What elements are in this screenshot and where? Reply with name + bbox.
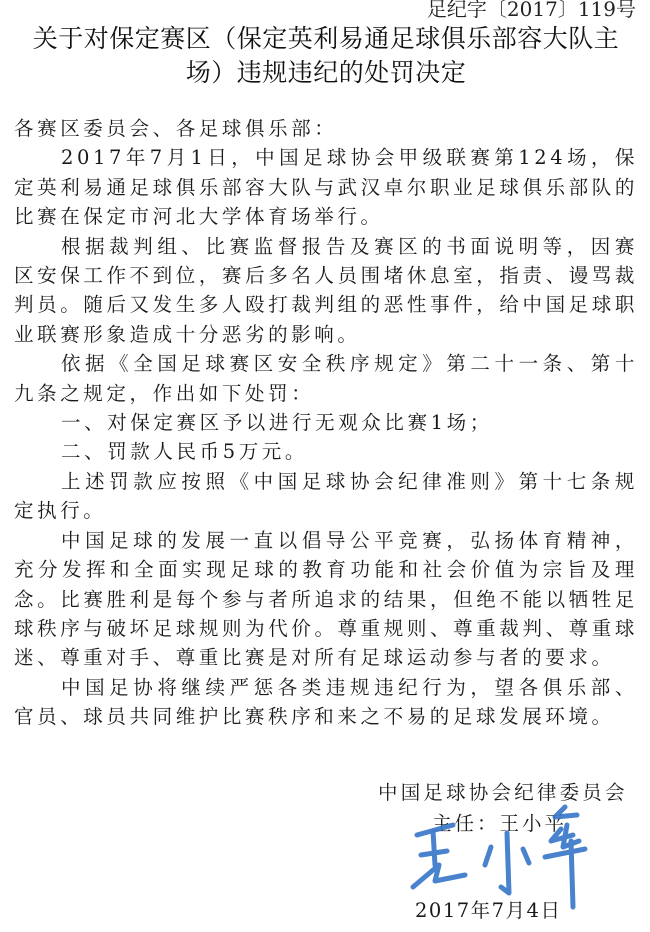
document-date: 2017年7月4日	[415, 898, 561, 924]
paragraph-principles: 中国足球的发展一直以倡导公平竞赛，弘扬体育精神，充分发挥和全面实现足球的教育功能…	[14, 526, 638, 673]
penalty-item-2: 二、罚款人民币5万元。	[14, 437, 638, 466]
director-line: 主任：王小平	[432, 811, 567, 837]
salutation: 各赛区委员会、各足球俱乐部：	[14, 114, 638, 143]
document-title: 关于对保定赛区（保定英利易通足球俱乐部容大队主 场）违规违纪的处罚决定	[14, 22, 638, 90]
title-line-2: 场）违规违纪的处罚决定	[14, 56, 638, 90]
paragraph-warning: 中国足协将继续严惩各类违规违纪行为，望各俱乐部、官员、球员共同维护比赛秩序和来之…	[14, 673, 638, 732]
document-number: 足纪字〔2017〕119号	[427, 0, 636, 22]
paragraph-incident: 根据裁判组、比赛监督报告及赛区的书面说明等，因赛区安保工作不到位，赛后多名人员围…	[14, 232, 638, 350]
issuing-organization: 中国足球协会纪律委员会	[378, 780, 628, 806]
paragraph-match-info: 2017年7月1日，中国足球协会甲级联赛第124场，保定英利易通足球俱乐部容大队…	[14, 143, 638, 231]
paragraph-fine-execution: 上述罚款应按照《中国足球协会纪律准则》第十七条规定执行。	[14, 467, 638, 526]
paragraph-basis: 依据《全国足球赛区安全秩序规定》第二十一条、第十九条之规定，作出如下处罚：	[14, 349, 638, 408]
title-line-1: 关于对保定赛区（保定英利易通足球俱乐部容大队主	[14, 22, 638, 56]
penalty-item-1: 一、对保定赛区予以进行无观众比赛1场；	[14, 408, 638, 437]
handwritten-signature-icon	[395, 795, 595, 910]
document-body: 各赛区委员会、各足球俱乐部： 2017年7月1日，中国足球协会甲级联赛第124场…	[14, 114, 638, 732]
